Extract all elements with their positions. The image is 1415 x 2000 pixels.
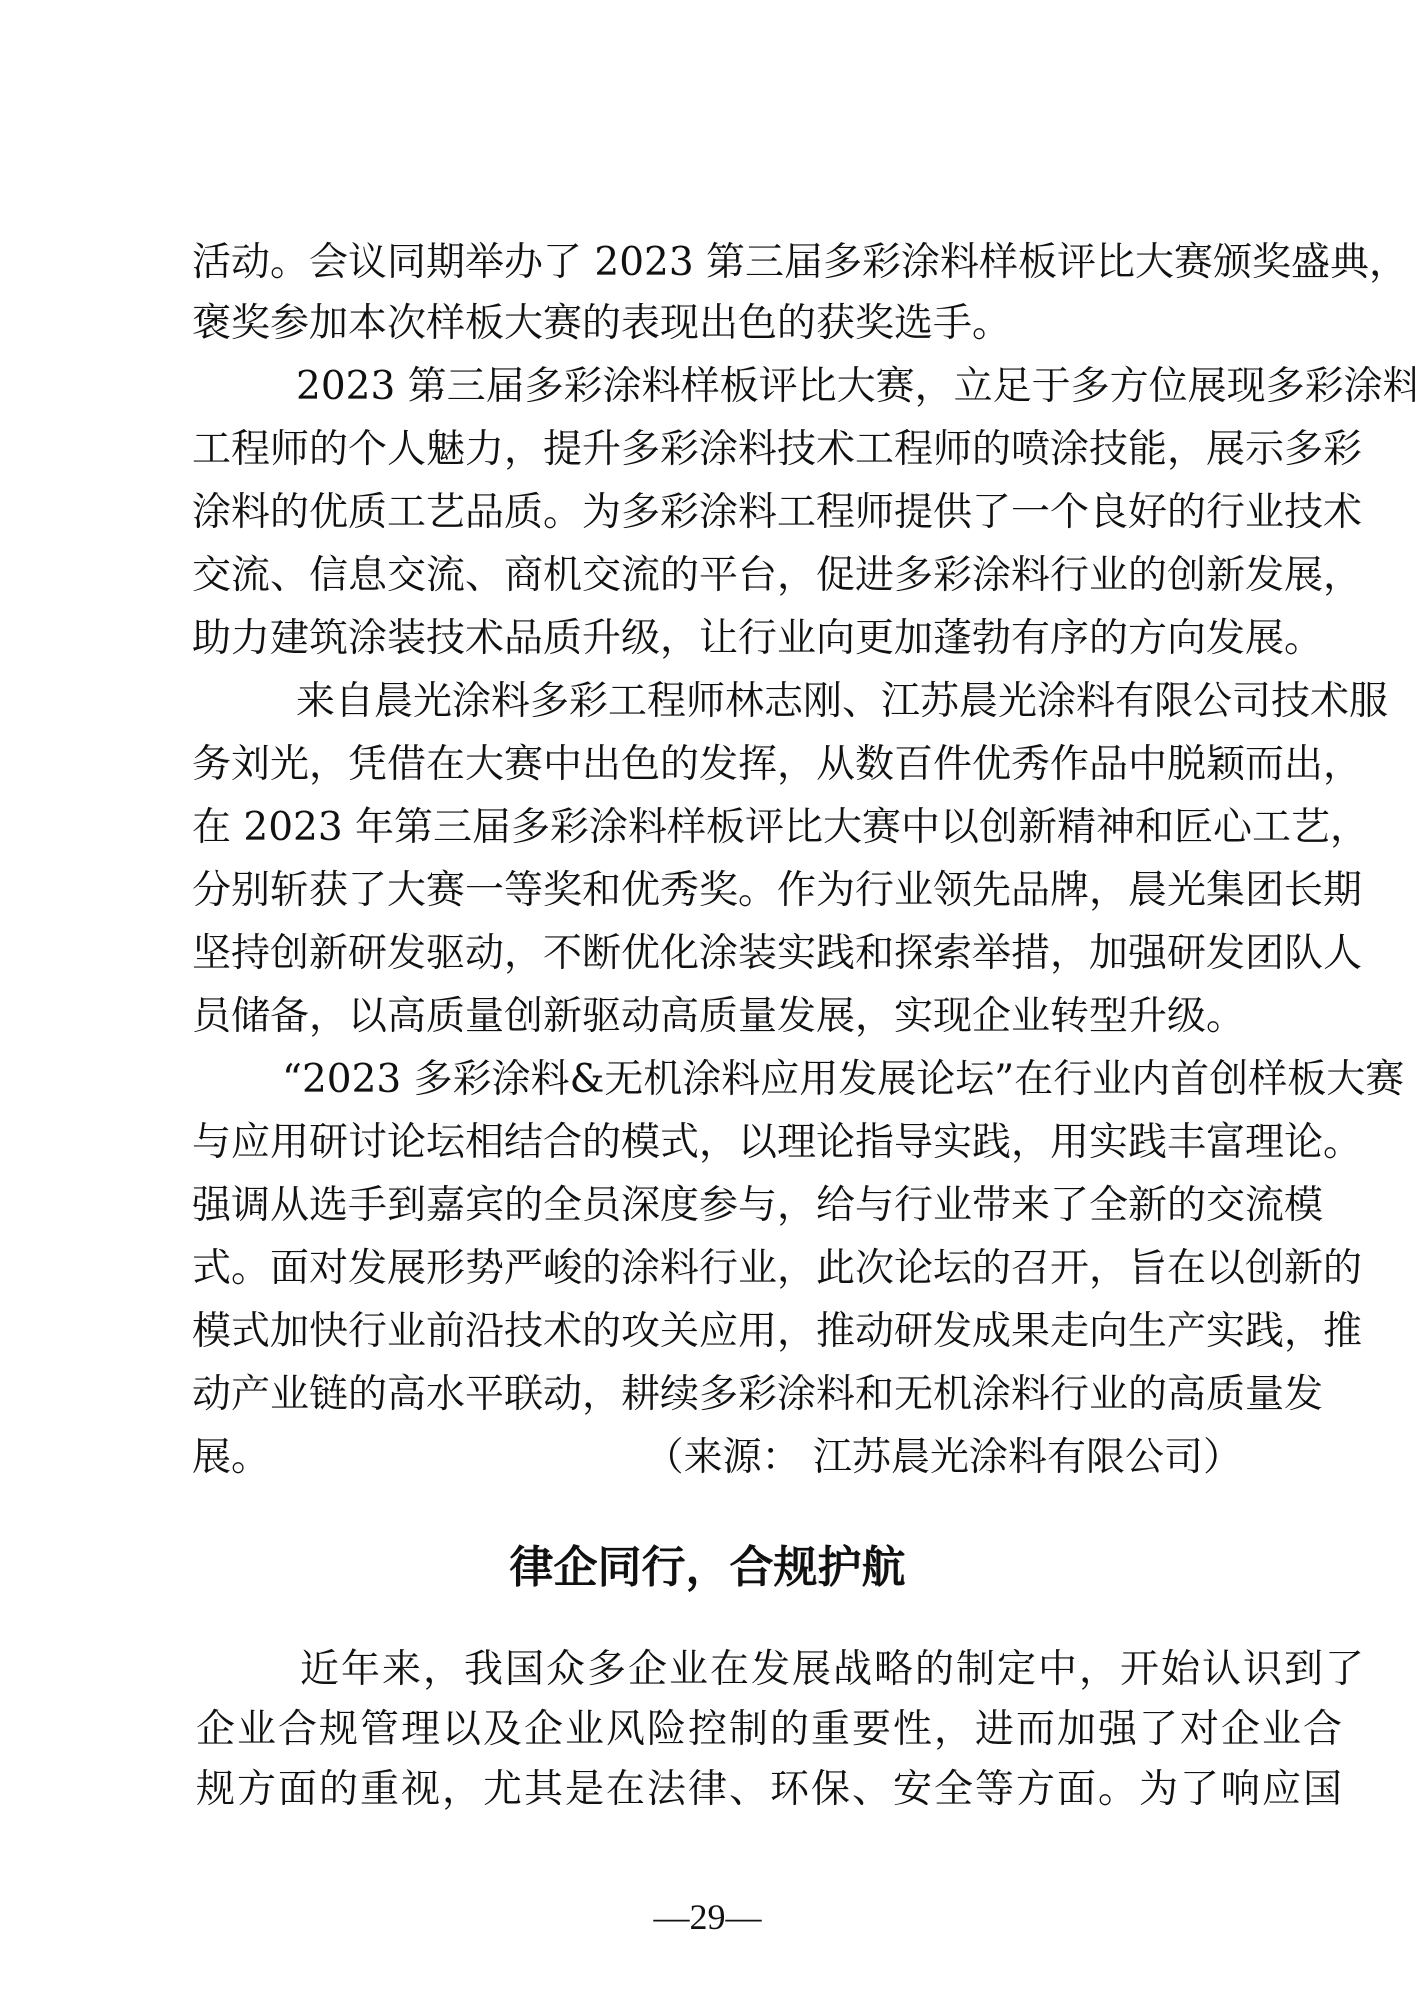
body-line: 务刘光，凭借在大赛中出色的发挥，从数百件优秀作品中脱颖而出， bbox=[192, 735, 1242, 795]
section-heading: 律企同行，合规护航 bbox=[0, 1538, 1415, 1598]
page-number: —29— bbox=[0, 1895, 1415, 1939]
body-line: 在 2023 年第三届多彩涂料样板评比大赛中以创新精神和匠心工艺， bbox=[192, 798, 1242, 858]
body-line: 2023 第三届多彩涂料样板评比大赛，立足于多方位展现多彩涂料 bbox=[192, 357, 1242, 417]
body-line: 与应用研讨论坛相结合的模式，以理论指导实践，用实践丰富理论。 bbox=[192, 1113, 1242, 1173]
body-line: 活动。会议同期举办了 2023 第三届多彩涂料样板评比大赛颁奖盛典， bbox=[192, 233, 1242, 293]
body-line: 企业合规管理以及企业风险控制的重要性，进而加强了对企业合 bbox=[196, 1700, 1242, 1760]
body-line: 强调从选手到嘉宾的全员深度参与，给与行业带来了全新的交流模 bbox=[192, 1176, 1242, 1236]
body-line: 分别斩获了大赛一等奖和优秀奖。作为行业领先品牌，晨光集团长期 bbox=[192, 861, 1242, 921]
body-line: 涂料的优质工艺品质。为多彩涂料工程师提供了一个良好的行业技术 bbox=[192, 483, 1242, 543]
body-line-end: 展。 bbox=[192, 1435, 270, 1480]
document-page: 活动。会议同期举办了 2023 第三届多彩涂料样板评比大赛颁奖盛典， 褒奖参加本… bbox=[0, 0, 1415, 2000]
body-line: 动产业链的高水平联动，耕续多彩涂料和无机涂料行业的高质量发 bbox=[192, 1365, 1242, 1425]
body-line: 来自晨光涂料多彩工程师林志刚、江苏晨光涂料有限公司技术服 bbox=[192, 672, 1242, 732]
body-line: 坚持创新研发驱动，不断优化涂装实践和探索举措，加强研发团队人 bbox=[192, 924, 1242, 984]
body-line: “2023 多彩涂料&无机涂料应用发展论坛”在行业内首创样板大赛 bbox=[192, 1050, 1242, 1110]
body-line: 员储备，以高质量创新驱动高质量发展，实现企业转型升级。 bbox=[192, 987, 1242, 1047]
body-line: 模式加快行业前沿技术的攻关应用，推动研发成果走向生产实践，推 bbox=[192, 1302, 1242, 1362]
body-line: 助力建筑涂装技术品质升级，让行业向更加蓬勃有序的方向发展。 bbox=[192, 609, 1242, 669]
source-attribution: （来源： 江苏晨光涂料有限公司） bbox=[645, 1428, 1242, 1488]
body-line-with-source: 展。 （来源： 江苏晨光涂料有限公司） bbox=[192, 1428, 1242, 1488]
body-line: 规方面的重视，尤其是在法律、环保、安全等方面。为了响应国 bbox=[196, 1760, 1242, 1820]
body-line: 近年来，我国众多企业在发展战略的制定中，开始认识到了 bbox=[196, 1640, 1242, 1700]
body-line: 工程师的个人魅力，提升多彩涂料技术工程师的喷涂技能，展示多彩 bbox=[192, 420, 1242, 480]
body-line: 交流、信息交流、商机交流的平台，促进多彩涂料行业的创新发展， bbox=[192, 546, 1242, 606]
body-line: 式。面对发展形势严峻的涂料行业，此次论坛的召开，旨在以创新的 bbox=[192, 1239, 1242, 1299]
body-line: 褒奖参加本次样板大赛的表现出色的获奖选手。 bbox=[192, 294, 1242, 354]
